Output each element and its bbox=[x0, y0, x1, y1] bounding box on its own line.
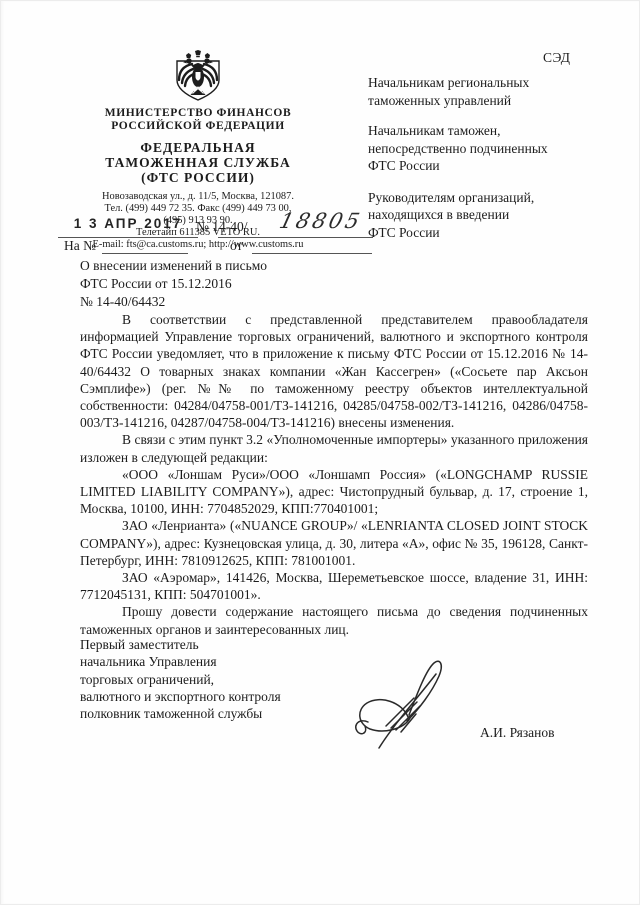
addressee-line: ФТС России bbox=[368, 157, 603, 175]
letter-body: В соответствии с представленной представ… bbox=[80, 311, 588, 638]
position-line: торговых ограничений, bbox=[80, 671, 380, 688]
date-stamp: 1 3 АПР 2017 bbox=[62, 216, 194, 231]
subject-block: О внесении изменений в письмо ФТС России… bbox=[80, 257, 380, 311]
scanned-letter-page: СЭД bbox=[0, 0, 640, 905]
ministry-line: МИНИСТЕРСТВО ФИНАНСОВ bbox=[60, 107, 336, 120]
position-line: полковник таможенной службы bbox=[80, 705, 380, 722]
body-paragraph: ЗАО «Аэромар», 141426, Москва, Шереметье… bbox=[80, 569, 588, 603]
outgoing-number-handwritten: 18805 bbox=[277, 209, 365, 233]
incoming-date-underline bbox=[252, 253, 372, 254]
agency-line: ТАМОЖЕННАЯ СЛУЖБА bbox=[60, 155, 336, 170]
agency-line: ФЕДЕРАЛЬНАЯ bbox=[60, 140, 336, 155]
russia-coat-of-arms-icon bbox=[170, 50, 226, 104]
addressee-line: Начальникам таможен, bbox=[368, 122, 603, 140]
position-line: Первый заместитель bbox=[80, 636, 380, 653]
outgoing-number-prefix: № 14-40/ bbox=[196, 219, 248, 235]
body-paragraph: В соответствии с представленной представ… bbox=[80, 311, 588, 431]
body-paragraph: Прошу довести содержание настоящего пись… bbox=[80, 603, 588, 637]
body-paragraph: В связи с этим пункт 3.2 «Уполномоченные… bbox=[80, 431, 588, 465]
subject-line: ФТС России от 15.12.2016 bbox=[80, 275, 380, 293]
addressee-line: Начальникам региональных bbox=[368, 74, 603, 92]
incoming-date-label: от bbox=[230, 238, 242, 254]
addressee-block: Начальникам региональных таможенных упра… bbox=[368, 74, 603, 109]
position-line: начальника Управления bbox=[80, 653, 380, 670]
addressee-line: таможенных управлений bbox=[368, 92, 603, 110]
reply-reference-row: На № от bbox=[58, 236, 388, 258]
agency-name: ФЕДЕРАЛЬНАЯ ТАМОЖЕННАЯ СЛУЖБА (ФТС РОССИ… bbox=[60, 140, 336, 185]
handwritten-signature bbox=[346, 652, 461, 752]
subject-line: О внесении изменений в письмо bbox=[80, 257, 380, 275]
position-line: валютного и экспортного контроля bbox=[80, 688, 380, 705]
ministry-name: МИНИСТЕРСТВО ФИНАНСОВ РОССИЙСКОЙ ФЕДЕРАЦ… bbox=[60, 107, 336, 133]
agency-line: (ФТС РОССИИ) bbox=[60, 170, 336, 185]
addressee-line: ФТС России bbox=[368, 224, 603, 242]
incoming-number-underline bbox=[102, 253, 188, 254]
addressee-line: находящихся в введении bbox=[368, 206, 603, 224]
ministry-line: РОССИЙСКОЙ ФЕДЕРАЦИИ bbox=[60, 120, 336, 133]
addressees: Начальникам региональных таможенных упра… bbox=[368, 74, 603, 254]
sed-mark: СЭД bbox=[543, 50, 571, 66]
contact-line: Новозаводская ул., д. 11/5, Москва, 1210… bbox=[60, 191, 336, 203]
body-paragraph: «ООО «Лоншам Руси»/ООО «Лоншамп Россия» … bbox=[80, 466, 588, 518]
addressee-line: непосредственно подчиненных bbox=[368, 140, 603, 158]
subject-line: № 14-40/64432 bbox=[80, 293, 380, 311]
addressee-line: Руководителям организаций, bbox=[368, 189, 603, 207]
body-paragraph: ЗАО «Ленрианта» («NUANCE GROUP»/ «LENRIA… bbox=[80, 517, 588, 569]
addressee-block: Начальникам таможен, непосредственно под… bbox=[368, 122, 603, 175]
signatory-position: Первый заместитель начальника Управления… bbox=[80, 636, 380, 722]
addressee-block: Руководителям организаций, находящихся в… bbox=[368, 189, 603, 242]
signatory-name: А.И. Рязанов bbox=[480, 725, 555, 741]
incoming-number-label: На № bbox=[64, 238, 96, 254]
